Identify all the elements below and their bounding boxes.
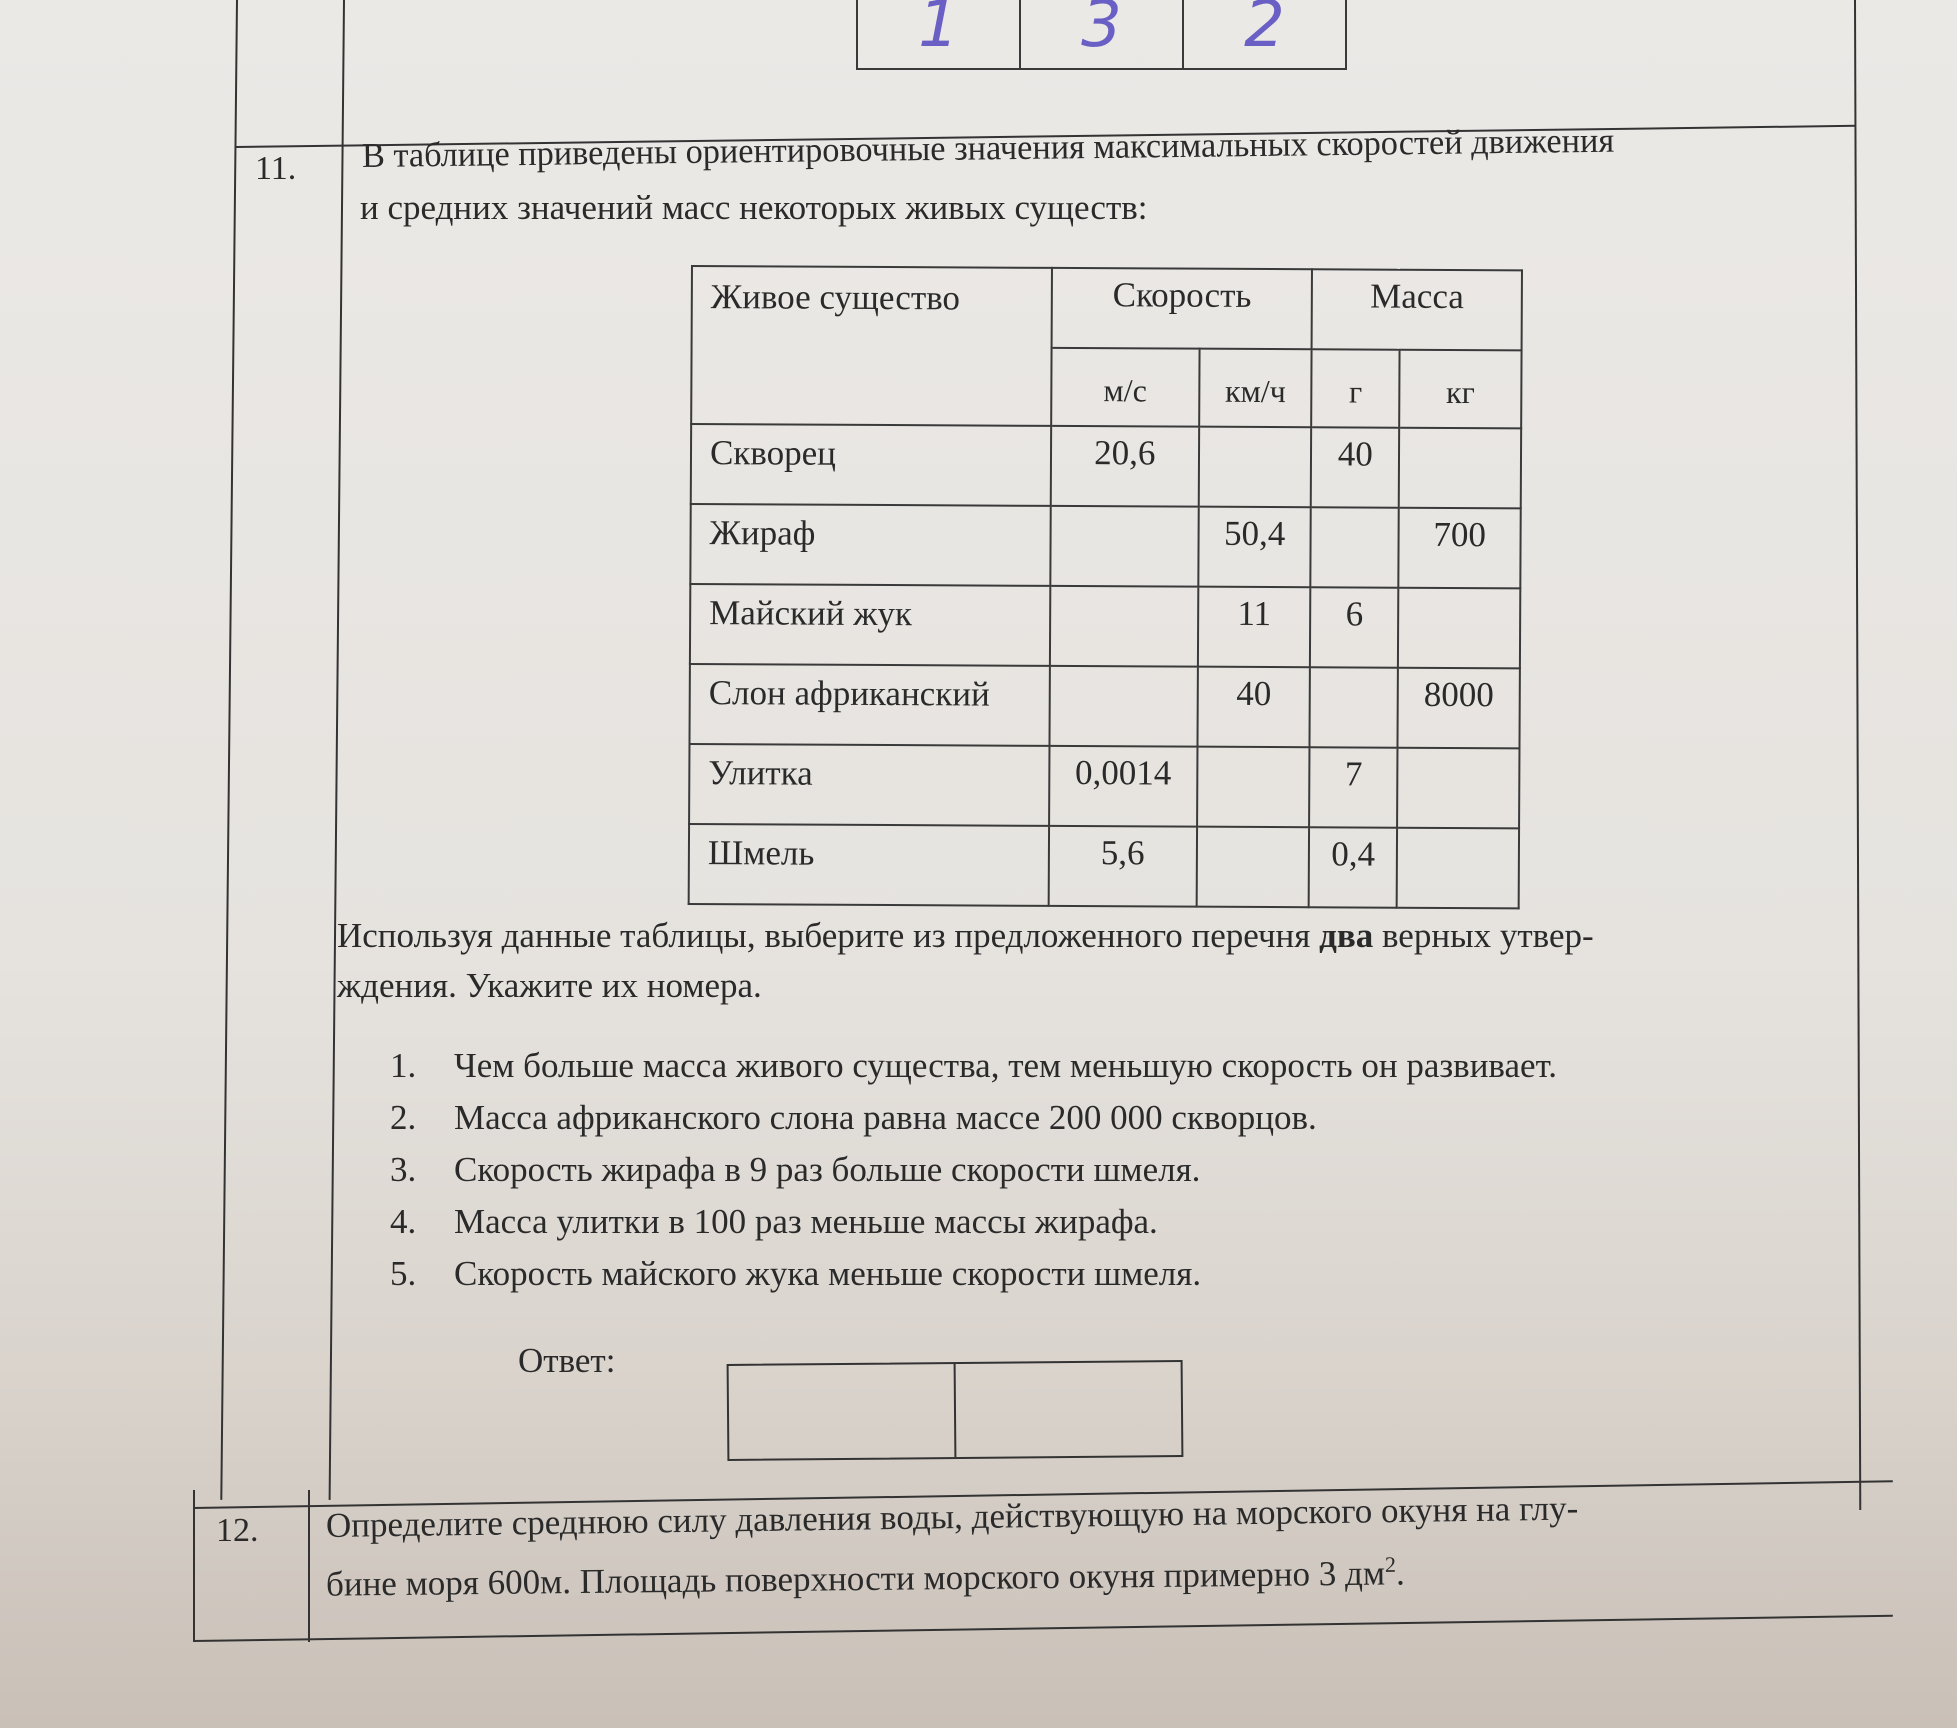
- mass-g: [1311, 507, 1399, 587]
- question-11-number: 11.: [255, 150, 296, 188]
- answer-box[interactable]: [727, 1360, 1184, 1461]
- table-row: Слон африканский 40 8000: [689, 664, 1519, 748]
- creature-name: Жираф: [690, 504, 1050, 586]
- speed-kmh: [1196, 827, 1309, 908]
- statement-number: 5.: [390, 1248, 454, 1300]
- speed-ms: 20,6: [1051, 426, 1199, 507]
- question-12-line2: бине моря 600м. Площадь поверхности морс…: [326, 1539, 1405, 1611]
- instruction-line2: ждения. Укажите их номера.: [337, 960, 762, 1012]
- instruction-emphasis: два: [1319, 916, 1373, 955]
- q12-left-border: [193, 1490, 195, 1642]
- instruction-line1: Используя данные таблицы, выберите из пр…: [337, 910, 1594, 962]
- q12-inner-border: [308, 1490, 310, 1642]
- speed-mass-table: Живое существо Скорость Масса м/с км/ч г…: [688, 265, 1523, 909]
- speed-ms: [1050, 506, 1198, 587]
- statement-text: Масса африканского слона равна массе 200…: [454, 1098, 1317, 1137]
- statement-number: 4.: [390, 1196, 454, 1248]
- speed-kmh: [1198, 427, 1311, 508]
- speed-kmh: 40: [1197, 667, 1310, 748]
- header-unit-ms: м/с: [1051, 348, 1199, 427]
- table-row: Жираф 50,4 700: [690, 504, 1520, 588]
- header-unit-g: г: [1312, 349, 1400, 427]
- previous-answer-box: 1 3 2: [856, 0, 1347, 70]
- statement-number: 1.: [390, 1040, 454, 1092]
- header-unit-kg: кг: [1399, 350, 1521, 429]
- statement-item: 5.Скорость майского жука меньше скорости…: [390, 1248, 1557, 1300]
- statements-list: 1.Чем больше масса живого существа, тем …: [390, 1040, 1557, 1300]
- header-unit-kmh: км/ч: [1199, 349, 1312, 428]
- previous-answer-cell: 1: [858, 0, 1021, 68]
- creature-name: Улитка: [689, 744, 1049, 826]
- q12-bottom-border: [193, 1615, 1893, 1642]
- question-12-number: 12.: [216, 1512, 259, 1550]
- mass-g: 40: [1311, 427, 1399, 507]
- header-creature: Живое существо: [691, 266, 1052, 426]
- table-row: Майский жук 11 6: [690, 584, 1520, 668]
- statement-number: 3.: [390, 1144, 454, 1196]
- question-11-intro-line1: В таблице приведены ориентировочные знач…: [362, 115, 1615, 182]
- question-12-text: бине моря 600м. Площадь поверхности морс…: [326, 1554, 1385, 1604]
- statement-item: 1.Чем больше масса живого существа, тем …: [390, 1040, 1557, 1092]
- previous-answer-cell: 3: [1021, 0, 1184, 68]
- mass-g: 7: [1309, 747, 1397, 827]
- handwritten-digit: 3: [1021, 0, 1182, 62]
- creature-name: Майский жук: [690, 584, 1050, 666]
- mass-g: 0,4: [1309, 827, 1397, 907]
- outer-left-border-top: [220, 0, 238, 1500]
- previous-answer-cell: 2: [1184, 0, 1345, 68]
- speed-ms: 0,0014: [1049, 746, 1197, 827]
- handwritten-digit: 2: [1184, 0, 1345, 62]
- creature-name: Слон африканский: [689, 664, 1049, 746]
- header-mass: Масса: [1312, 269, 1522, 350]
- mass-kg: 8000: [1398, 668, 1520, 749]
- mass-kg: [1397, 828, 1519, 909]
- instruction-text: верных утвер-: [1373, 916, 1593, 955]
- outer-right-border: [1854, 0, 1861, 1510]
- speed-kmh: 50,4: [1198, 507, 1311, 588]
- statement-text: Чем больше масса живого существа, тем ме…: [454, 1046, 1557, 1085]
- answer-cell-2[interactable]: [956, 1362, 1182, 1457]
- speed-kmh: 11: [1198, 587, 1311, 668]
- statement-item: 2.Масса африканского слона равна массе 2…: [390, 1092, 1557, 1144]
- statement-item: 4.Масса улитки в 100 раз меньше массы жи…: [390, 1196, 1557, 1248]
- answer-cell-1[interactable]: [729, 1364, 957, 1459]
- mass-kg: [1398, 588, 1520, 669]
- creature-name: Скворец: [691, 424, 1051, 506]
- mass-kg: [1399, 428, 1521, 509]
- statement-text: Скорость жирафа в 9 раз больше скорости …: [454, 1150, 1200, 1189]
- speed-ms: 5,6: [1049, 826, 1197, 907]
- mass-g: [1310, 667, 1398, 747]
- creature-name: Шмель: [689, 824, 1049, 906]
- mass-kg: [1397, 748, 1519, 829]
- instruction-text: Используя данные таблицы, выберите из пр…: [337, 916, 1319, 955]
- table-row: Шмель 5,6 0,4: [689, 824, 1519, 908]
- mass-kg: 700: [1399, 508, 1521, 589]
- table-row: Скворец 20,6 40: [691, 424, 1521, 508]
- mass-g: 6: [1310, 587, 1398, 667]
- answer-label: Ответ:: [518, 1335, 615, 1387]
- statement-text: Скорость майского жука меньше скорости ш…: [454, 1254, 1201, 1293]
- table-row: Улитка 0,0014 7: [689, 744, 1519, 828]
- question-11-intro-line2: и средних значений масс некоторых живых …: [360, 182, 1147, 234]
- statement-number: 2.: [390, 1092, 454, 1144]
- inner-left-border-top: [329, 0, 345, 1500]
- speed-ms: [1050, 586, 1198, 667]
- superscript: 2: [1385, 1552, 1396, 1577]
- statement-item: 3.Скорость жирафа в 9 раз больше скорост…: [390, 1144, 1557, 1196]
- statement-text: Масса улитки в 100 раз меньше массы жира…: [454, 1202, 1158, 1241]
- speed-ms: [1049, 666, 1197, 747]
- handwritten-digit: 1: [858, 0, 1019, 62]
- question-12-text: .: [1396, 1553, 1405, 1592]
- header-speed: Скорость: [1052, 268, 1313, 349]
- speed-kmh: [1197, 747, 1310, 828]
